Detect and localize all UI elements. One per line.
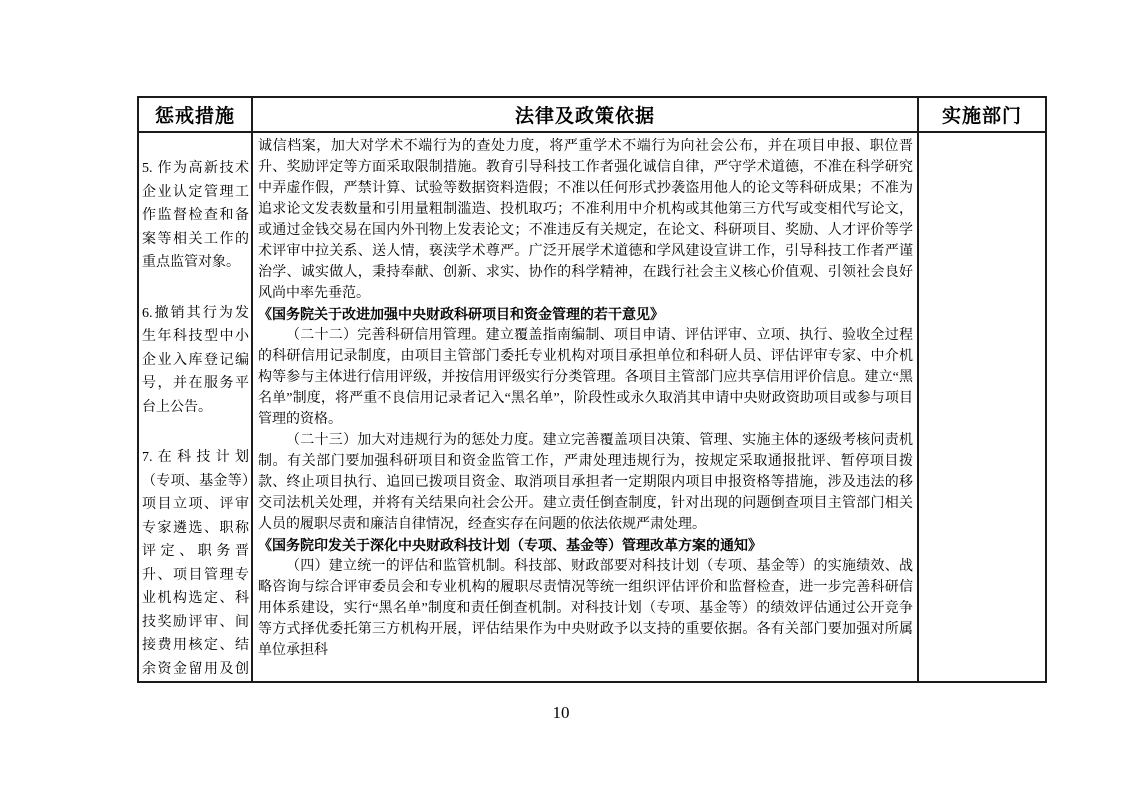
legal-continuation-paragraph: 诚信档案，加大对学术不端行为的查处力度，将严重学术不端行为向社会公布，并在项目申… [258, 136, 913, 304]
body-row: 5. 作为高新技术企业认定管理工作监督检查和备案等相关工作的重点监管对象。 6.… [138, 132, 1046, 682]
department-cell-content [919, 133, 1045, 681]
legal-clause-paragraph: （四）建立统一的评估和监管机制。科技部、财政部要对科技计划（专项、基金等）的实施… [258, 556, 913, 661]
measure-item: 6.撤销其行为发生年科技型中小企业入库登记编号，并在服务平台上公告。 [142, 302, 249, 420]
measure-item: 7.在科技计划（专项、基金等）项目立项、评审专家遴选、职称评定、职务晋升、项目管… [142, 446, 249, 681]
page-number: 10 [0, 703, 1122, 723]
legal-doc-title: 《国务院印发关于深化中央财政科技计划（专项、基金等）管理改革方案的通知》 [258, 535, 913, 556]
legal-basis-cell: 诚信档案，加大对学术不端行为的查处力度，将严重学术不端行为向社会公布，并在项目申… [252, 132, 918, 682]
document-page: 惩戒措施 法律及政策依据 实施部门 5. 作为高新技术企业认定管理工作监督检查和… [0, 0, 1122, 793]
col-header-department: 实施部门 [918, 97, 1046, 132]
legal-doc-title: 《国务院关于改进加强中央财政科研项目和资金管理的若干意见》 [258, 304, 913, 325]
measure-item: 5. 作为高新技术企业认定管理工作监督检查和备案等相关工作的重点监管对象。 [142, 157, 249, 275]
legal-clause-paragraph: （二十三）加大对违规行为的惩处力度。建立完善覆盖项目决策、管理、实施主体的逐级考… [258, 430, 913, 535]
col-header-measures: 惩戒措施 [138, 97, 252, 132]
measures-cell: 5. 作为高新技术企业认定管理工作监督检查和备案等相关工作的重点监管对象。 6.… [138, 132, 252, 682]
penalty-table: 惩戒措施 法律及政策依据 实施部门 5. 作为高新技术企业认定管理工作监督检查和… [137, 96, 1047, 683]
header-row: 惩戒措施 法律及政策依据 实施部门 [138, 97, 1046, 132]
legal-clause-paragraph: （二十二）完善科研信用管理。建立覆盖指南编制、项目申请、评估评审、立项、执行、验… [258, 325, 913, 430]
col-header-legal-basis: 法律及政策依据 [252, 97, 918, 132]
department-cell [918, 132, 1046, 682]
